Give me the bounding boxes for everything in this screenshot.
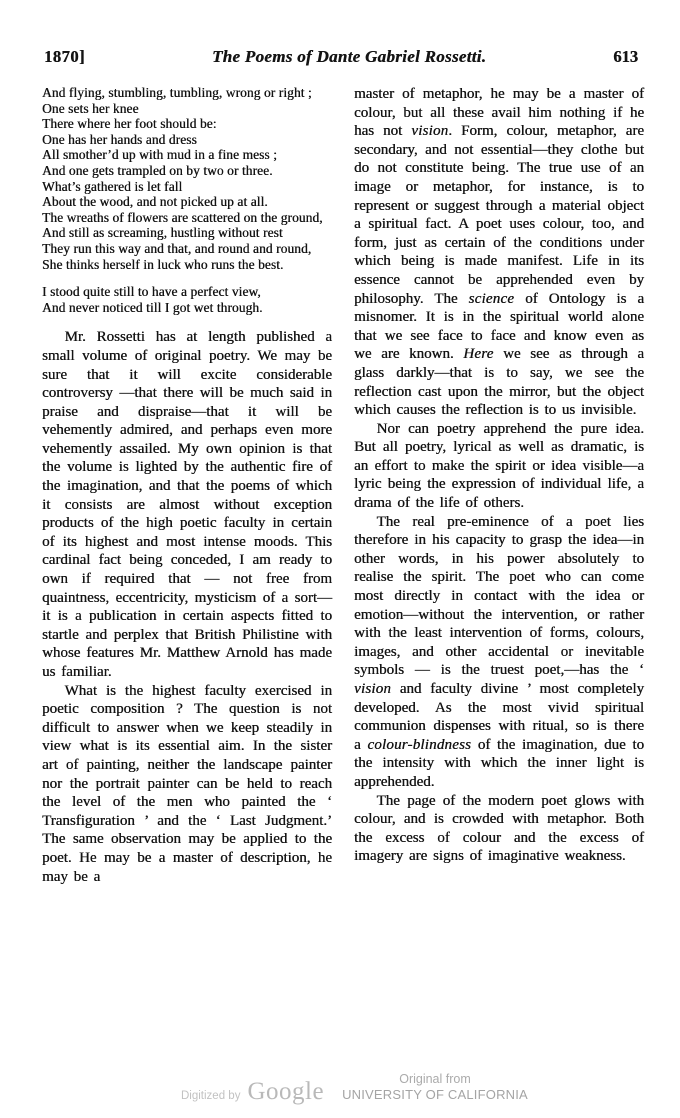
google-logo: Google: [247, 1078, 324, 1106]
poem-stanza: And flying, stumbling, tumbling, wrong o…: [42, 85, 332, 272]
prose-paragraph: What is the highest faculty exercised in…: [42, 682, 332, 887]
couplet-line: And never noticed till I got wet through…: [42, 300, 332, 316]
poem-line: What’s gathered is let fall: [42, 179, 332, 195]
poem-line: One sets her knee: [42, 101, 332, 117]
poem-line: There where her foot should be:: [42, 116, 332, 132]
poem-line: All smother’d up with mud in a fine mess…: [42, 147, 332, 163]
publication-year: 1870]: [44, 47, 85, 67]
poem-couplet: I stood quite still to have a perfect vi…: [42, 284, 332, 315]
scanned-book-page: 1870] The Poems of Dante Gabriel Rossett…: [0, 0, 680, 1118]
poem-line: And still as screaming, hustling without…: [42, 225, 332, 241]
prose-paragraph: The page of the modern poet glows with c…: [354, 792, 644, 866]
poem-line: One has her hands and dress: [42, 132, 332, 148]
institution-name: UNIVERSITY OF CALIFORNIA: [340, 1087, 530, 1102]
page-header: 1870] The Poems of Dante Gabriel Rossett…: [44, 47, 638, 67]
prose-paragraph: Nor can poetry apprehend the pure idea. …: [354, 420, 644, 513]
poem-line: She thinks herself in luck who runs the …: [42, 257, 332, 273]
running-title: The Poems of Dante Gabriel Rossetti.: [85, 47, 613, 67]
original-from-watermark: Original from UNIVERSITY OF CALIFORNIA: [340, 1072, 530, 1102]
digitized-by-watermark: Digitized by Google: [181, 1078, 324, 1106]
page-number: 613: [613, 47, 638, 67]
prose-paragraph: master of metaphor, he may be a master o…: [354, 85, 644, 420]
right-column: master of metaphor, he may be a master o…: [354, 85, 644, 866]
digitized-by-label: Digitized by: [181, 1090, 240, 1102]
poem-line: They run this way and that, and round an…: [42, 241, 332, 257]
poem-line: And flying, stumbling, tumbling, wrong o…: [42, 85, 332, 101]
couplet-line: I stood quite still to have a perfect vi…: [42, 284, 332, 300]
poem-line: The wreaths of flowers are scattered on …: [42, 210, 332, 226]
poem-line: About the wood, and not picked up at all…: [42, 194, 332, 210]
prose-paragraph: The real pre-eminence of a poet lies the…: [354, 513, 644, 792]
original-from-label: Original from: [340, 1072, 530, 1087]
text-columns: And flying, stumbling, tumbling, wrong o…: [42, 85, 644, 886]
left-column: And flying, stumbling, tumbling, wrong o…: [42, 85, 332, 886]
prose-paragraph: Mr. Rossetti has at length published a s…: [42, 328, 332, 681]
poem-line: And one gets trampled on by two or three…: [42, 163, 332, 179]
